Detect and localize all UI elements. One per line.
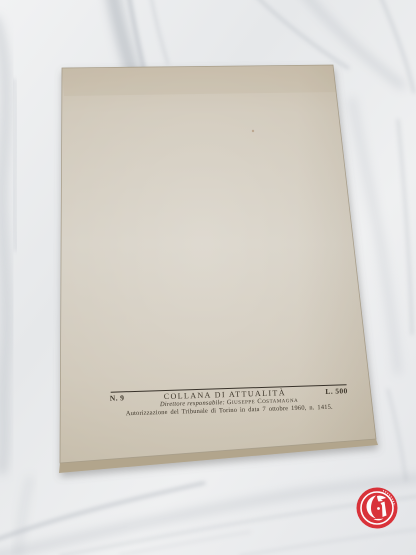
issue-number: N. 9 bbox=[110, 394, 125, 402]
red-circular-monogram-seal-icon bbox=[355, 486, 399, 530]
price: L. 500 bbox=[325, 387, 348, 396]
photo-of-book-on-marble: N. 9 COLLANA DI ATTUALITÀ L. 500 Diretto… bbox=[0, 0, 416, 555]
scene-graphic bbox=[0, 0, 416, 555]
